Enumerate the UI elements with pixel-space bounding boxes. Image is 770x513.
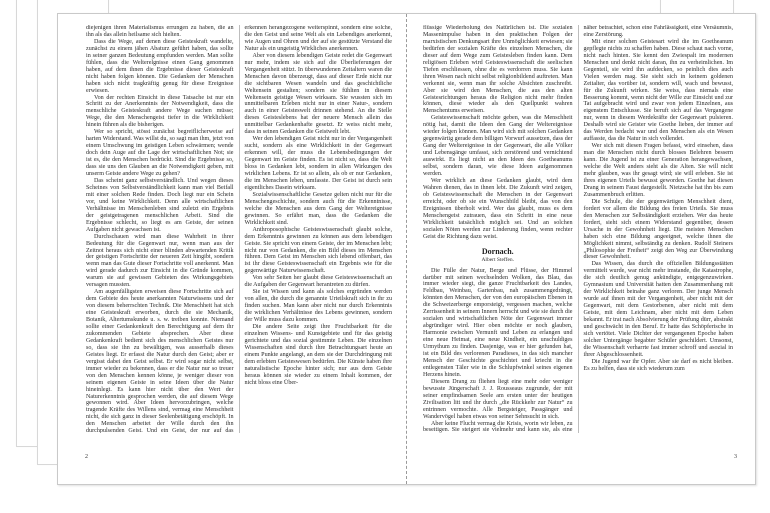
paragraph: Von der rechten Einsicht in diese Tatsac… <box>86 95 234 130</box>
paragraph: Die andere Seite zeigt ihre Fruchtbarkei… <box>245 324 393 387</box>
left-page: diejenigen ihren Materialismus errungen … <box>58 14 406 484</box>
right-page: flüssige Wiederholung des Natürlichen is… <box>407 14 755 484</box>
left-page-column-1: diejenigen ihren Materialismus errungen … <box>81 25 239 433</box>
paragraph: flüssige Wiederholung des Natürlichen is… <box>423 25 573 115</box>
left-page-columns: diejenigen ihren Materialismus errungen … <box>81 25 397 433</box>
paragraph: Geisteswissenschaft möchte geben, was di… <box>423 115 573 178</box>
article-heading: Dornach. Albert Steffen. <box>423 247 573 264</box>
paragraph: Sie ist Wissen und kann als solches ergr… <box>245 289 393 324</box>
right-page-column-2: näher betrachtet, schon eine Fahrlässigk… <box>578 25 739 433</box>
paragraph: Mit einer solchen Geistesart wird die im… <box>584 39 734 143</box>
page-number-right: 3 <box>734 454 737 460</box>
paragraph: näher betrachtet, schon eine Fahrlässigk… <box>584 25 734 39</box>
paragraph: Wer wirklich an diese Gedanken glaubt, w… <box>423 178 573 241</box>
left-page-column-2: erkennen herangezogene weiterspinnt, son… <box>239 25 398 433</box>
paragraph: Die Schule, die der gegenwärtigen Mensch… <box>584 199 734 262</box>
paragraph: Am augenfälligsten erweisen diese Fortsc… <box>86 289 234 433</box>
paragraph: Aber von diesem lebendigen Geiste redet … <box>245 53 393 136</box>
paragraph: Dass die Wege, auf denen diese Geisteskr… <box>86 39 234 95</box>
paragraph: diejenigen ihren Materialismus errungen … <box>86 25 234 39</box>
book-spread: diejenigen ihren Materialismus errungen … <box>57 13 756 485</box>
paragraph: Sozialwissenschaftliche Gesetze gelten n… <box>245 192 393 227</box>
paragraph: Wer sich mit diesen Fragen befasst, wird… <box>584 143 734 199</box>
paragraph: Wer den lebendigen Geist nicht nur in de… <box>245 136 393 192</box>
paragraph: Aber keine Flucht vermag die Krisis, wor… <box>423 421 573 433</box>
paragraph: Das Wissen, das durch die offiziellen Bi… <box>584 261 734 358</box>
paragraph: Die Fülle der Natur, Berge und Flüsse, d… <box>423 268 573 379</box>
paragraph: Das scheint ganz selbstverständlich. Und… <box>86 178 234 234</box>
paragraph: Wer so spricht, stösst zunächst begreifl… <box>86 129 234 178</box>
paragraph: erkennen herangezogene weiterspinnt, son… <box>245 25 393 53</box>
page-number-left: 2 <box>85 454 88 460</box>
right-page-column-1: flüssige Wiederholung des Natürlichen is… <box>418 25 578 433</box>
paragraph: Durchschauen wird man diese Wahrheit in … <box>86 234 234 290</box>
article-author: Albert Steffen. <box>423 257 573 264</box>
paragraph: Die Jugend war ihr Opfer. Aber sie darf … <box>584 359 734 373</box>
paragraph: Diesem Drang zu fliehen liegt eine mehr … <box>423 379 573 421</box>
article-title: Dornach. <box>423 247 573 257</box>
right-page-columns: flüssige Wiederholung des Natürlichen is… <box>418 25 738 433</box>
paragraph: Anthroposophische Geisteswissenschaft gl… <box>245 227 393 276</box>
paragraph: Von sehr Seiten her glaubt diese Geistes… <box>245 275 393 289</box>
